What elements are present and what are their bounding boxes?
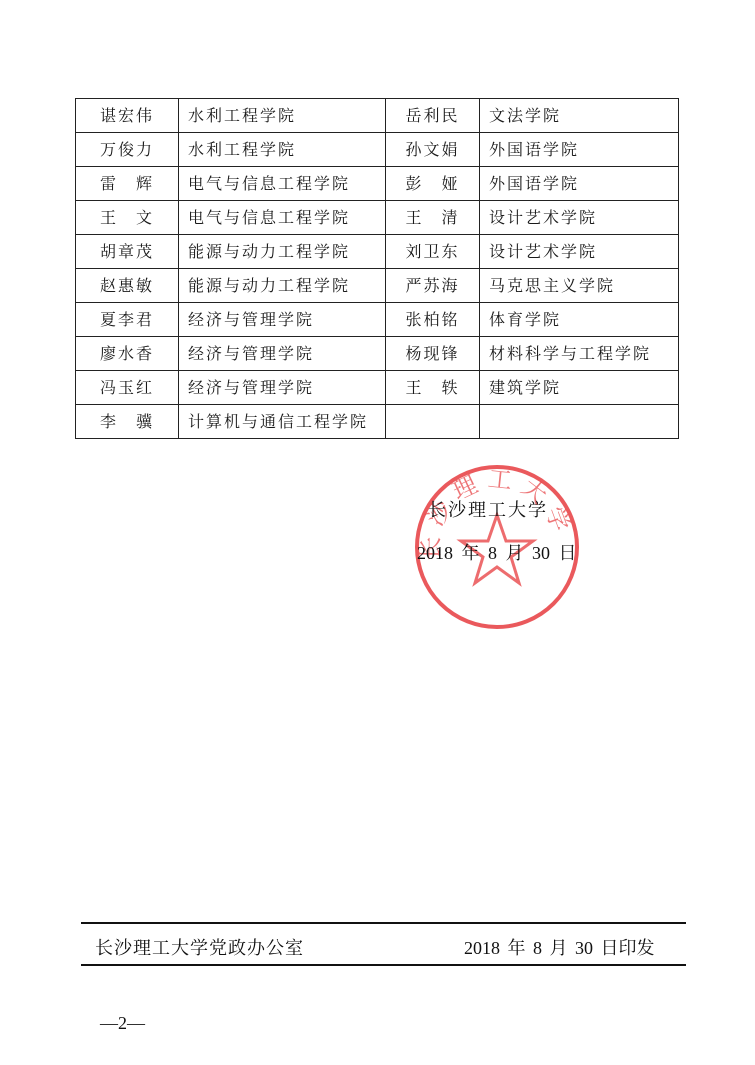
college-cell: 建筑学院 — [480, 371, 679, 405]
name-cell: 赵惠敏 — [76, 269, 179, 303]
college-cell: 体育学院 — [480, 303, 679, 337]
name-cell: 万俊力 — [76, 133, 179, 167]
college-cell: 经济与管理学院 — [179, 371, 386, 405]
college-cell: 外国语学院 — [480, 167, 679, 201]
name-cell: 王 轶 — [386, 371, 480, 405]
college-cell: 能源与动力工程学院 — [179, 235, 386, 269]
college-cell: 计算机与通信工程学院 — [179, 405, 386, 439]
name-cell: 雷 辉 — [76, 167, 179, 201]
table-row: 冯玉红 经济与管理学院 王 轶 建筑学院 — [76, 371, 679, 405]
table-row: 万俊力 水利工程学院 孙文娟 外国语学院 — [76, 133, 679, 167]
college-cell: 能源与动力工程学院 — [179, 269, 386, 303]
college-cell: 材料科学与工程学院 — [480, 337, 679, 371]
name-cell: 李 骥 — [76, 405, 179, 439]
signature-organization: 长沙理工大学 — [428, 496, 548, 522]
name-cell: 严苏海 — [386, 269, 480, 303]
name-cell: 彭 娅 — [386, 167, 480, 201]
name-cell: 廖水香 — [76, 337, 179, 371]
college-cell — [480, 405, 679, 439]
name-cell — [386, 405, 480, 439]
roster-table: 谌宏伟 水利工程学院 岳利民 文法学院 万俊力 水利工程学院 孙文娟 外国语学院… — [75, 98, 679, 439]
page-number: —2— — [100, 1013, 145, 1034]
name-cell: 张柏铭 — [386, 303, 480, 337]
table-row: 廖水香 经济与管理学院 杨现锋 材料科学与工程学院 — [76, 337, 679, 371]
table-row: 雷 辉 电气与信息工程学院 彭 娅 外国语学院 — [76, 167, 679, 201]
name-cell: 岳利民 — [386, 99, 480, 133]
table-row: 王 文 电气与信息工程学院 王 清 设计艺术学院 — [76, 201, 679, 235]
college-cell: 设计艺术学院 — [480, 201, 679, 235]
table-row: 夏李君 经济与管理学院 张柏铭 体育学院 — [76, 303, 679, 337]
college-cell: 文法学院 — [480, 99, 679, 133]
table-row: 谌宏伟 水利工程学院 岳利民 文法学院 — [76, 99, 679, 133]
college-cell: 水利工程学院 — [179, 133, 386, 167]
footer-issuer: 长沙理工大学党政办公室 — [95, 934, 304, 960]
signature-date: 2018 年 8 月 30 日 — [417, 539, 577, 565]
college-cell: 经济与管理学院 — [179, 337, 386, 371]
table-row: 胡章茂 能源与动力工程学院 刘卫东 设计艺术学院 — [76, 235, 679, 269]
table-row: 李 骥 计算机与通信工程学院 — [76, 405, 679, 439]
college-cell: 电气与信息工程学院 — [179, 167, 386, 201]
table-row: 赵惠敏 能源与动力工程学院 严苏海 马克思主义学院 — [76, 269, 679, 303]
footer-bottom-rule — [81, 964, 686, 966]
name-cell: 冯玉红 — [76, 371, 179, 405]
college-cell: 外国语学院 — [480, 133, 679, 167]
name-cell: 杨现锋 — [386, 337, 480, 371]
college-cell: 马克思主义学院 — [480, 269, 679, 303]
college-cell: 经济与管理学院 — [179, 303, 386, 337]
name-cell: 胡章茂 — [76, 235, 179, 269]
name-cell: 谌宏伟 — [76, 99, 179, 133]
name-cell: 孙文娟 — [386, 133, 480, 167]
name-cell: 王 文 — [76, 201, 179, 235]
name-cell: 夏李君 — [76, 303, 179, 337]
college-cell: 设计艺术学院 — [480, 235, 679, 269]
college-cell: 电气与信息工程学院 — [179, 201, 386, 235]
name-cell: 刘卫东 — [386, 235, 480, 269]
name-cell: 王 清 — [386, 201, 480, 235]
footer-top-rule — [81, 922, 686, 924]
college-cell: 水利工程学院 — [179, 99, 386, 133]
footer-issue-date: 2018 年 8 月 30 日印发 — [464, 934, 655, 960]
